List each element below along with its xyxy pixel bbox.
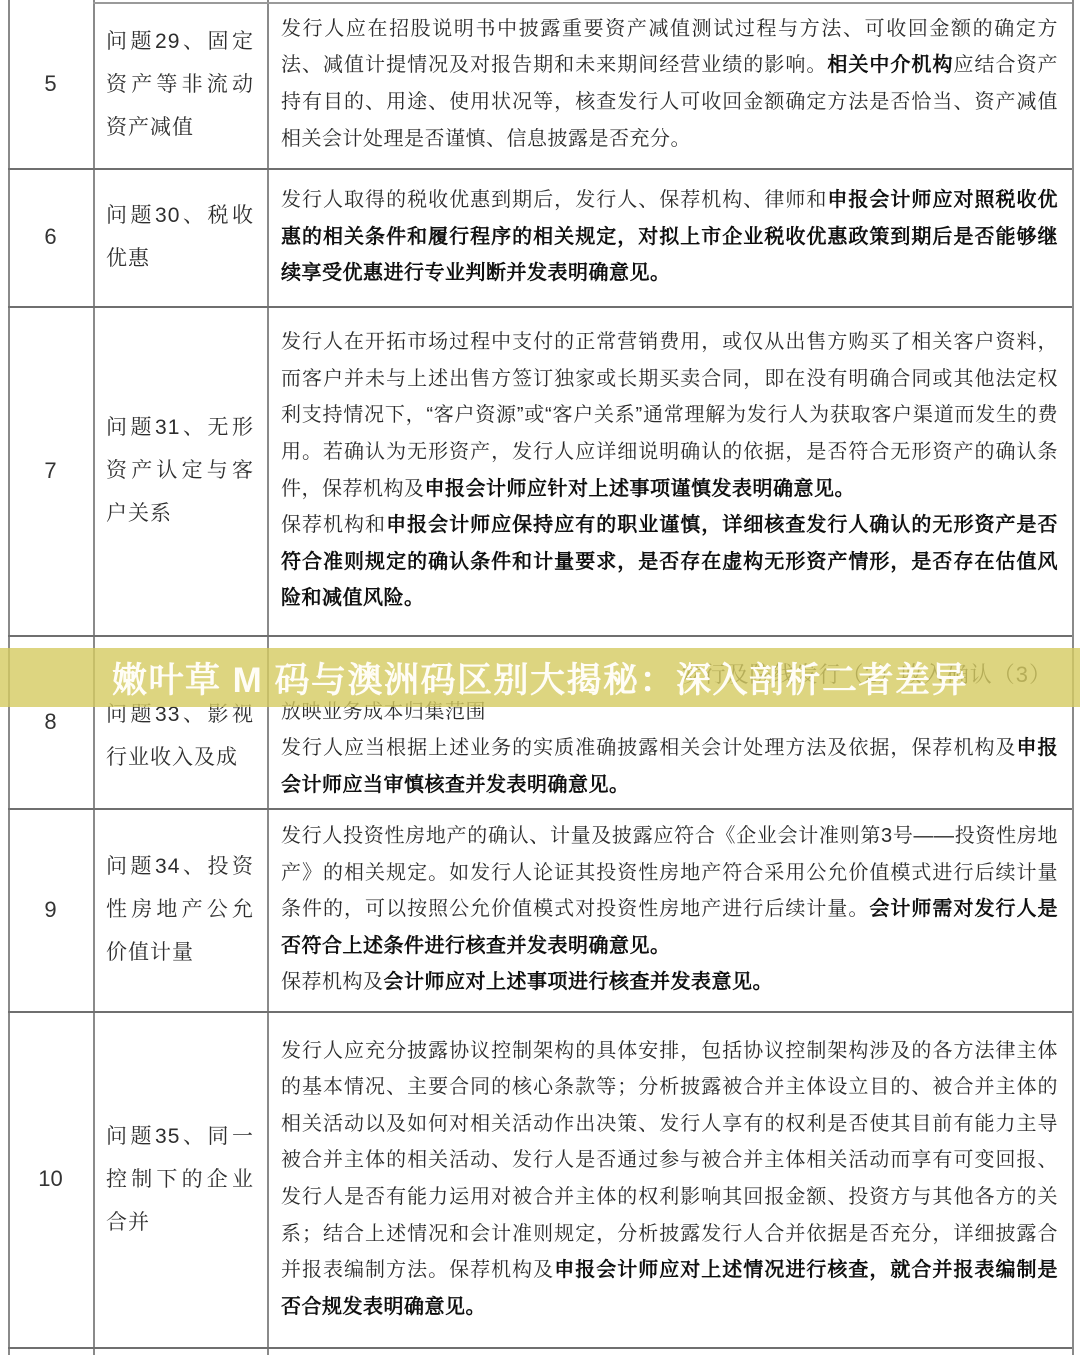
row-number-cell: 5 bbox=[8, 0, 93, 168]
paragraph: 保荐机构及会计师应对上述事项进行核查并发表意见。 bbox=[281, 964, 1058, 1001]
promo-overlay-banner: 嫩叶草 M 码与澳洲码区别大揭秘：深入剖析二者差异 bbox=[0, 648, 1080, 707]
answer-content-cell: 发行人应在招股说明书中披露重要资产减值测试过程与方法、可收回金额的确定方法、减值… bbox=[267, 0, 1072, 168]
table-row-border bbox=[8, 808, 1072, 810]
question-title: 问题35、同一控制下的企业合并 bbox=[106, 1115, 254, 1244]
table-row-border bbox=[8, 635, 1072, 637]
paragraph: 发行人投资性房地产的确认、计量及披露应符合《企业会计准则第3号——投资性房地产》… bbox=[281, 818, 1058, 964]
paragraph: 发行人应在招股说明书中披露重要资产减值测试过程与方法、可收回金额的确定方法、减值… bbox=[281, 11, 1058, 157]
text-segment: 保荐机构及 bbox=[281, 971, 384, 993]
row-number-cell: 6 bbox=[8, 168, 93, 306]
text-segment: 发行人取得的税收优惠到期后，发行人、保荐机构、律师和 bbox=[281, 189, 827, 211]
question-title-cell: 问题31、无形资产认定与客户关系 bbox=[93, 306, 267, 635]
question-title: 问题30、税收优惠 bbox=[106, 194, 254, 280]
table-row-border bbox=[8, 168, 1072, 170]
table-row-border bbox=[8, 1347, 1072, 1349]
paragraph: 保荐机构和申报会计师应保持应有的职业谨慎，详细核查发行人确认的无形资产是否符合准… bbox=[281, 507, 1058, 617]
table-row-border bbox=[8, 306, 1072, 308]
promo-overlay-title: 嫩叶草 M 码与澳洲码区别大揭秘：深入剖析二者差异 bbox=[112, 653, 968, 703]
paragraph: 发行人应当根据上述业务的实质准确披露相关会计处理方法及依据，保荐机构及申报会计师… bbox=[281, 730, 1058, 803]
answer-content-cell: 发行人应充分披露协议控制架构的具体安排，包括协议控制架构涉及的各方法律主体的基本… bbox=[267, 1011, 1072, 1347]
text-segment: 发行人应当根据上述业务的实质准确披露相关会计处理方法及依据，保荐机构及 bbox=[281, 737, 1017, 759]
bold-text-segment: 会计师应对上述事项进行核查并发表意见。 bbox=[384, 971, 774, 993]
question-title-cell: 问题29、固定资产等非流动资产减值 bbox=[93, 0, 267, 168]
bold-text-segment: 相关中介机构 bbox=[827, 54, 953, 76]
question-title: 问题31、无形资产认定与客户关系 bbox=[106, 406, 254, 535]
paragraph: 发行人取得的税收优惠到期后，发行人、保荐机构、律师和申报会计师应对照税收优惠的相… bbox=[281, 182, 1058, 292]
question-title-cell: 问题30、税收优惠 bbox=[93, 168, 267, 306]
row-number-cell: 9 bbox=[8, 808, 93, 1011]
bold-text-segment: 申报会计师应针对上述事项谨慎发表明确意见。 bbox=[425, 478, 856, 500]
question-title-cell: 问题34、投资性房地产公允价值计量 bbox=[93, 808, 267, 1011]
bold-text-segment: 申报会计师应保持应有的职业谨慎，详细核查发行人确认的无形资产是否符合准则规定的确… bbox=[281, 514, 1058, 609]
answer-content-cell: 发行人在开拓市场过程中支付的正常营销费用，或仅从出售方购买了相关客户资料，而客户… bbox=[267, 306, 1072, 635]
answer-content-cell: 发行人取得的税收优惠到期后，发行人、保荐机构、律师和申报会计师应对照税收优惠的相… bbox=[267, 168, 1072, 306]
answer-content-cell: 发行人投资性房地产的确认、计量及披露应符合《企业会计准则第3号——投资性房地产》… bbox=[267, 808, 1072, 1011]
paragraph: 发行人在开拓市场过程中支付的正常营销费用，或仅从出售方购买了相关客户资料，而客户… bbox=[281, 324, 1058, 507]
text-segment: 发行人在开拓市场过程中支付的正常营销费用，或仅从出售方购买了相关客户资料，而客户… bbox=[281, 331, 1058, 499]
text-segment: 发行人应充分披露协议控制架构的具体安排，包括协议控制架构涉及的各方法律主体的基本… bbox=[281, 1040, 1058, 1282]
paragraph: 发行人应充分披露协议控制架构的具体安排，包括协议控制架构涉及的各方法律主体的基本… bbox=[281, 1033, 1058, 1326]
question-title: 问题34、投资性房地产公允价值计量 bbox=[106, 845, 254, 974]
question-title: 问题29、固定资产等非流动资产减值 bbox=[106, 20, 254, 149]
row-number-cell: 10 bbox=[8, 1011, 93, 1347]
table-row-border bbox=[93, 2, 1072, 4]
row-number-cell: 7 bbox=[8, 306, 93, 635]
question-title-cell: 问题35、同一控制下的企业合并 bbox=[93, 1011, 267, 1347]
table-row-border bbox=[8, 1011, 1072, 1013]
text-segment: 保荐机构和 bbox=[281, 514, 386, 536]
document-page: 5问题29、固定资产等非流动资产减值发行人应在招股说明书中披露重要资产减值测试过… bbox=[0, 0, 1080, 1355]
